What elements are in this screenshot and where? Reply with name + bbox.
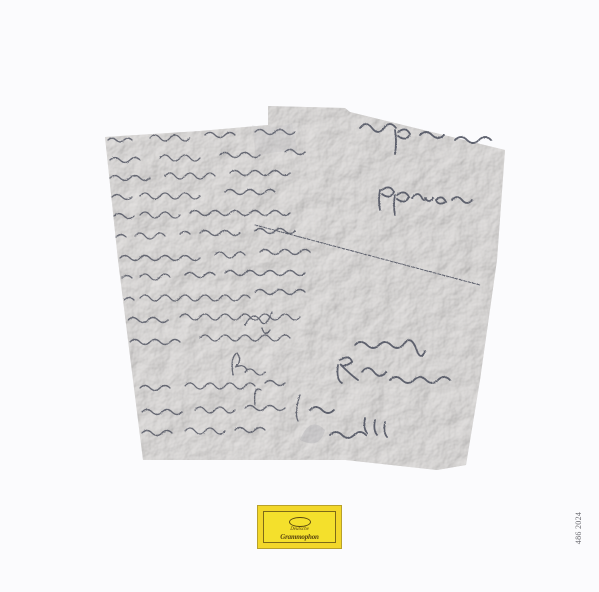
handwritten-paper-artwork: [0, 0, 599, 592]
catalog-number: 486 2024: [574, 508, 586, 548]
logo-text-grammophon: Grammophon: [264, 533, 335, 541]
tulip-crest-icon: [289, 517, 311, 527]
deutsche-grammophon-logo: Deutsche Grammophon: [257, 505, 342, 549]
logo-text-deutsche: Deutsche: [264, 527, 335, 532]
logo-inner-frame: Deutsche Grammophon: [263, 511, 336, 543]
